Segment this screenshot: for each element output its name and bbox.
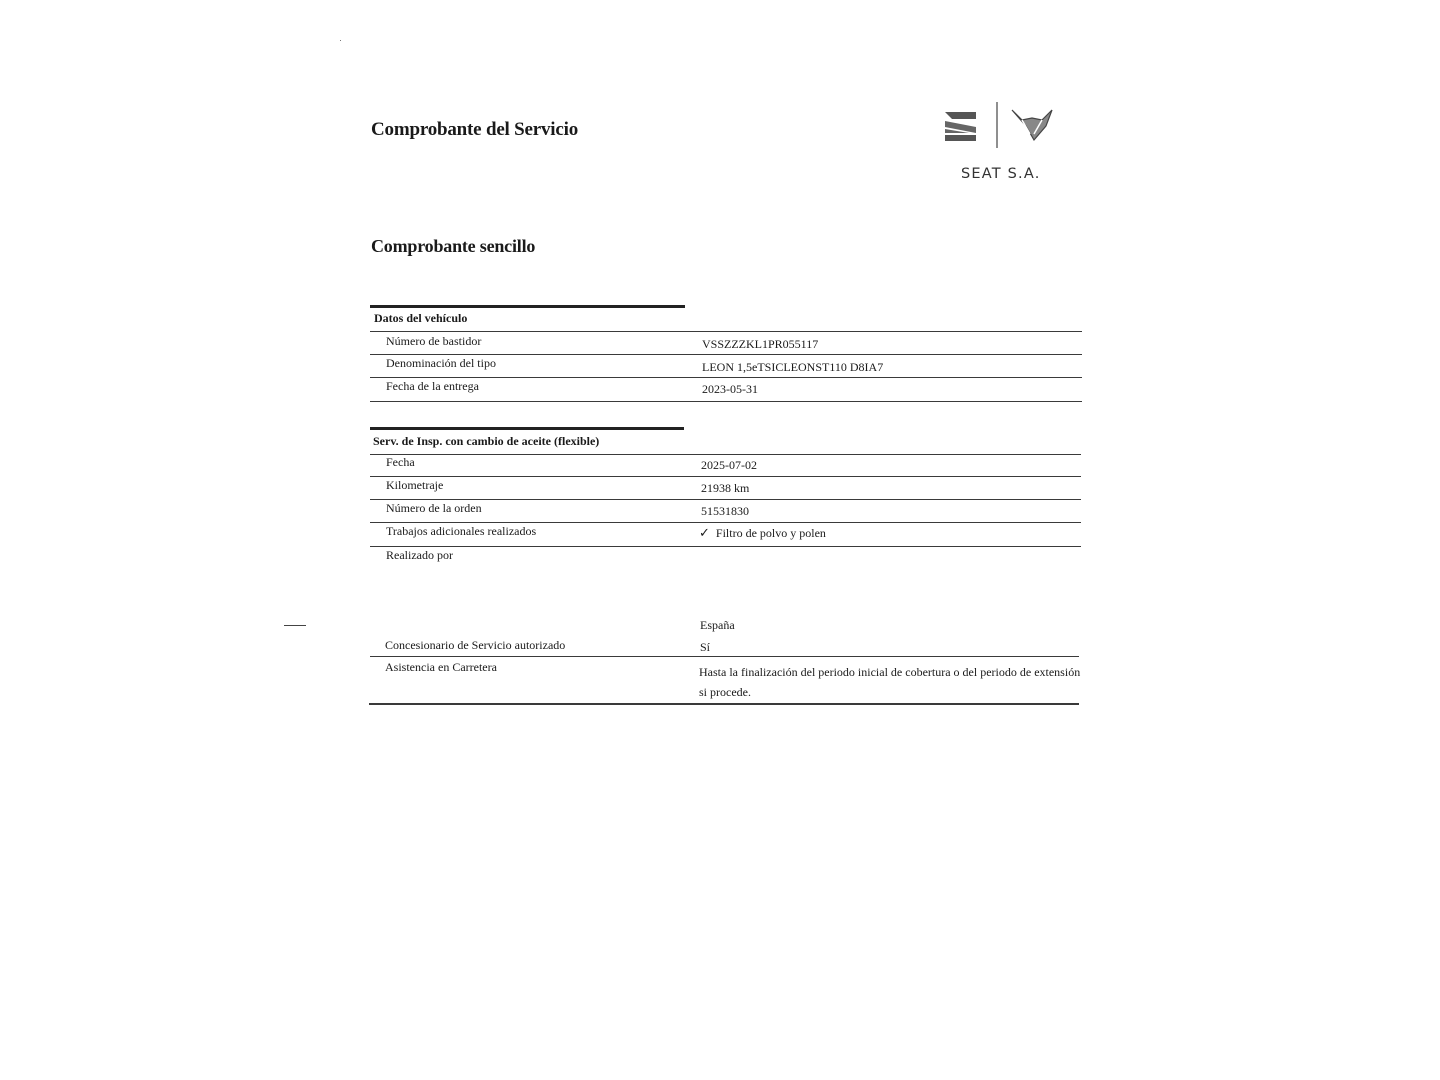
- section-subtitle: Comprobante sencillo: [371, 236, 535, 257]
- checkmark-icon: ✓: [699, 526, 710, 541]
- vehicle-heading: Datos del vehículo: [374, 311, 467, 326]
- row-label: Fecha: [386, 455, 415, 470]
- country-value: España: [700, 618, 735, 633]
- dealer-value: Sí: [700, 640, 710, 655]
- row-divider: [370, 499, 1081, 500]
- row-label: Número de bastidor: [386, 334, 481, 349]
- service-date-value: 2025-07-02: [701, 458, 757, 473]
- additional-work-text: Filtro de polvo y polen: [716, 526, 826, 540]
- row-label: Fecha de la entrega: [386, 379, 479, 394]
- roadside-value-line2: si procede.: [699, 685, 751, 700]
- row-label: Trabajos adicionales realizados: [386, 524, 536, 539]
- vin-value: VSSZZZKL1PR055117: [702, 337, 818, 352]
- row-label: Número de la orden: [386, 501, 482, 516]
- row-divider: [370, 377, 1082, 378]
- roadside-value-line1: Hasta la finalización del periodo inicia…: [699, 665, 1080, 680]
- type-value: LEON 1,5eTSICLEONST110 D8IA7: [702, 360, 883, 375]
- mileage-value: 21938 km: [701, 481, 749, 496]
- row-divider: [370, 656, 1079, 657]
- row-label: Asistencia en Carretera: [385, 660, 497, 675]
- row-divider: [370, 522, 1081, 523]
- row-divider: [370, 454, 1081, 455]
- row-divider: [370, 401, 1082, 402]
- seat-logo-icon: [945, 112, 976, 141]
- scan-speck: [340, 40, 341, 41]
- document-title: Comprobante del Servicio: [371, 119, 578, 141]
- section-rule: [370, 427, 684, 430]
- row-label: Concesionario de Servicio autorizado: [385, 638, 565, 653]
- scan-artifact-line: [284, 625, 306, 626]
- row-divider: [370, 546, 1081, 547]
- row-label: Realizado por: [386, 548, 453, 563]
- row-divider: [369, 703, 1079, 705]
- row-label: Denominación del tipo: [386, 356, 496, 371]
- row-label: Kilometraje: [386, 478, 443, 493]
- delivery-date-value: 2023-05-31: [702, 382, 758, 397]
- cupra-logo-icon: [1012, 110, 1052, 140]
- additional-work-value: ✓Filtro de polvo y polen: [699, 526, 826, 541]
- row-divider: [370, 354, 1082, 355]
- service-heading: Serv. de Insp. con cambio de aceite (fle…: [373, 434, 599, 449]
- order-number-value: 51531830: [701, 504, 749, 519]
- row-divider: [370, 476, 1081, 477]
- section-rule: [370, 305, 685, 308]
- row-divider: [370, 331, 1082, 332]
- brand-caption: SEAT S.A.: [961, 166, 1041, 182]
